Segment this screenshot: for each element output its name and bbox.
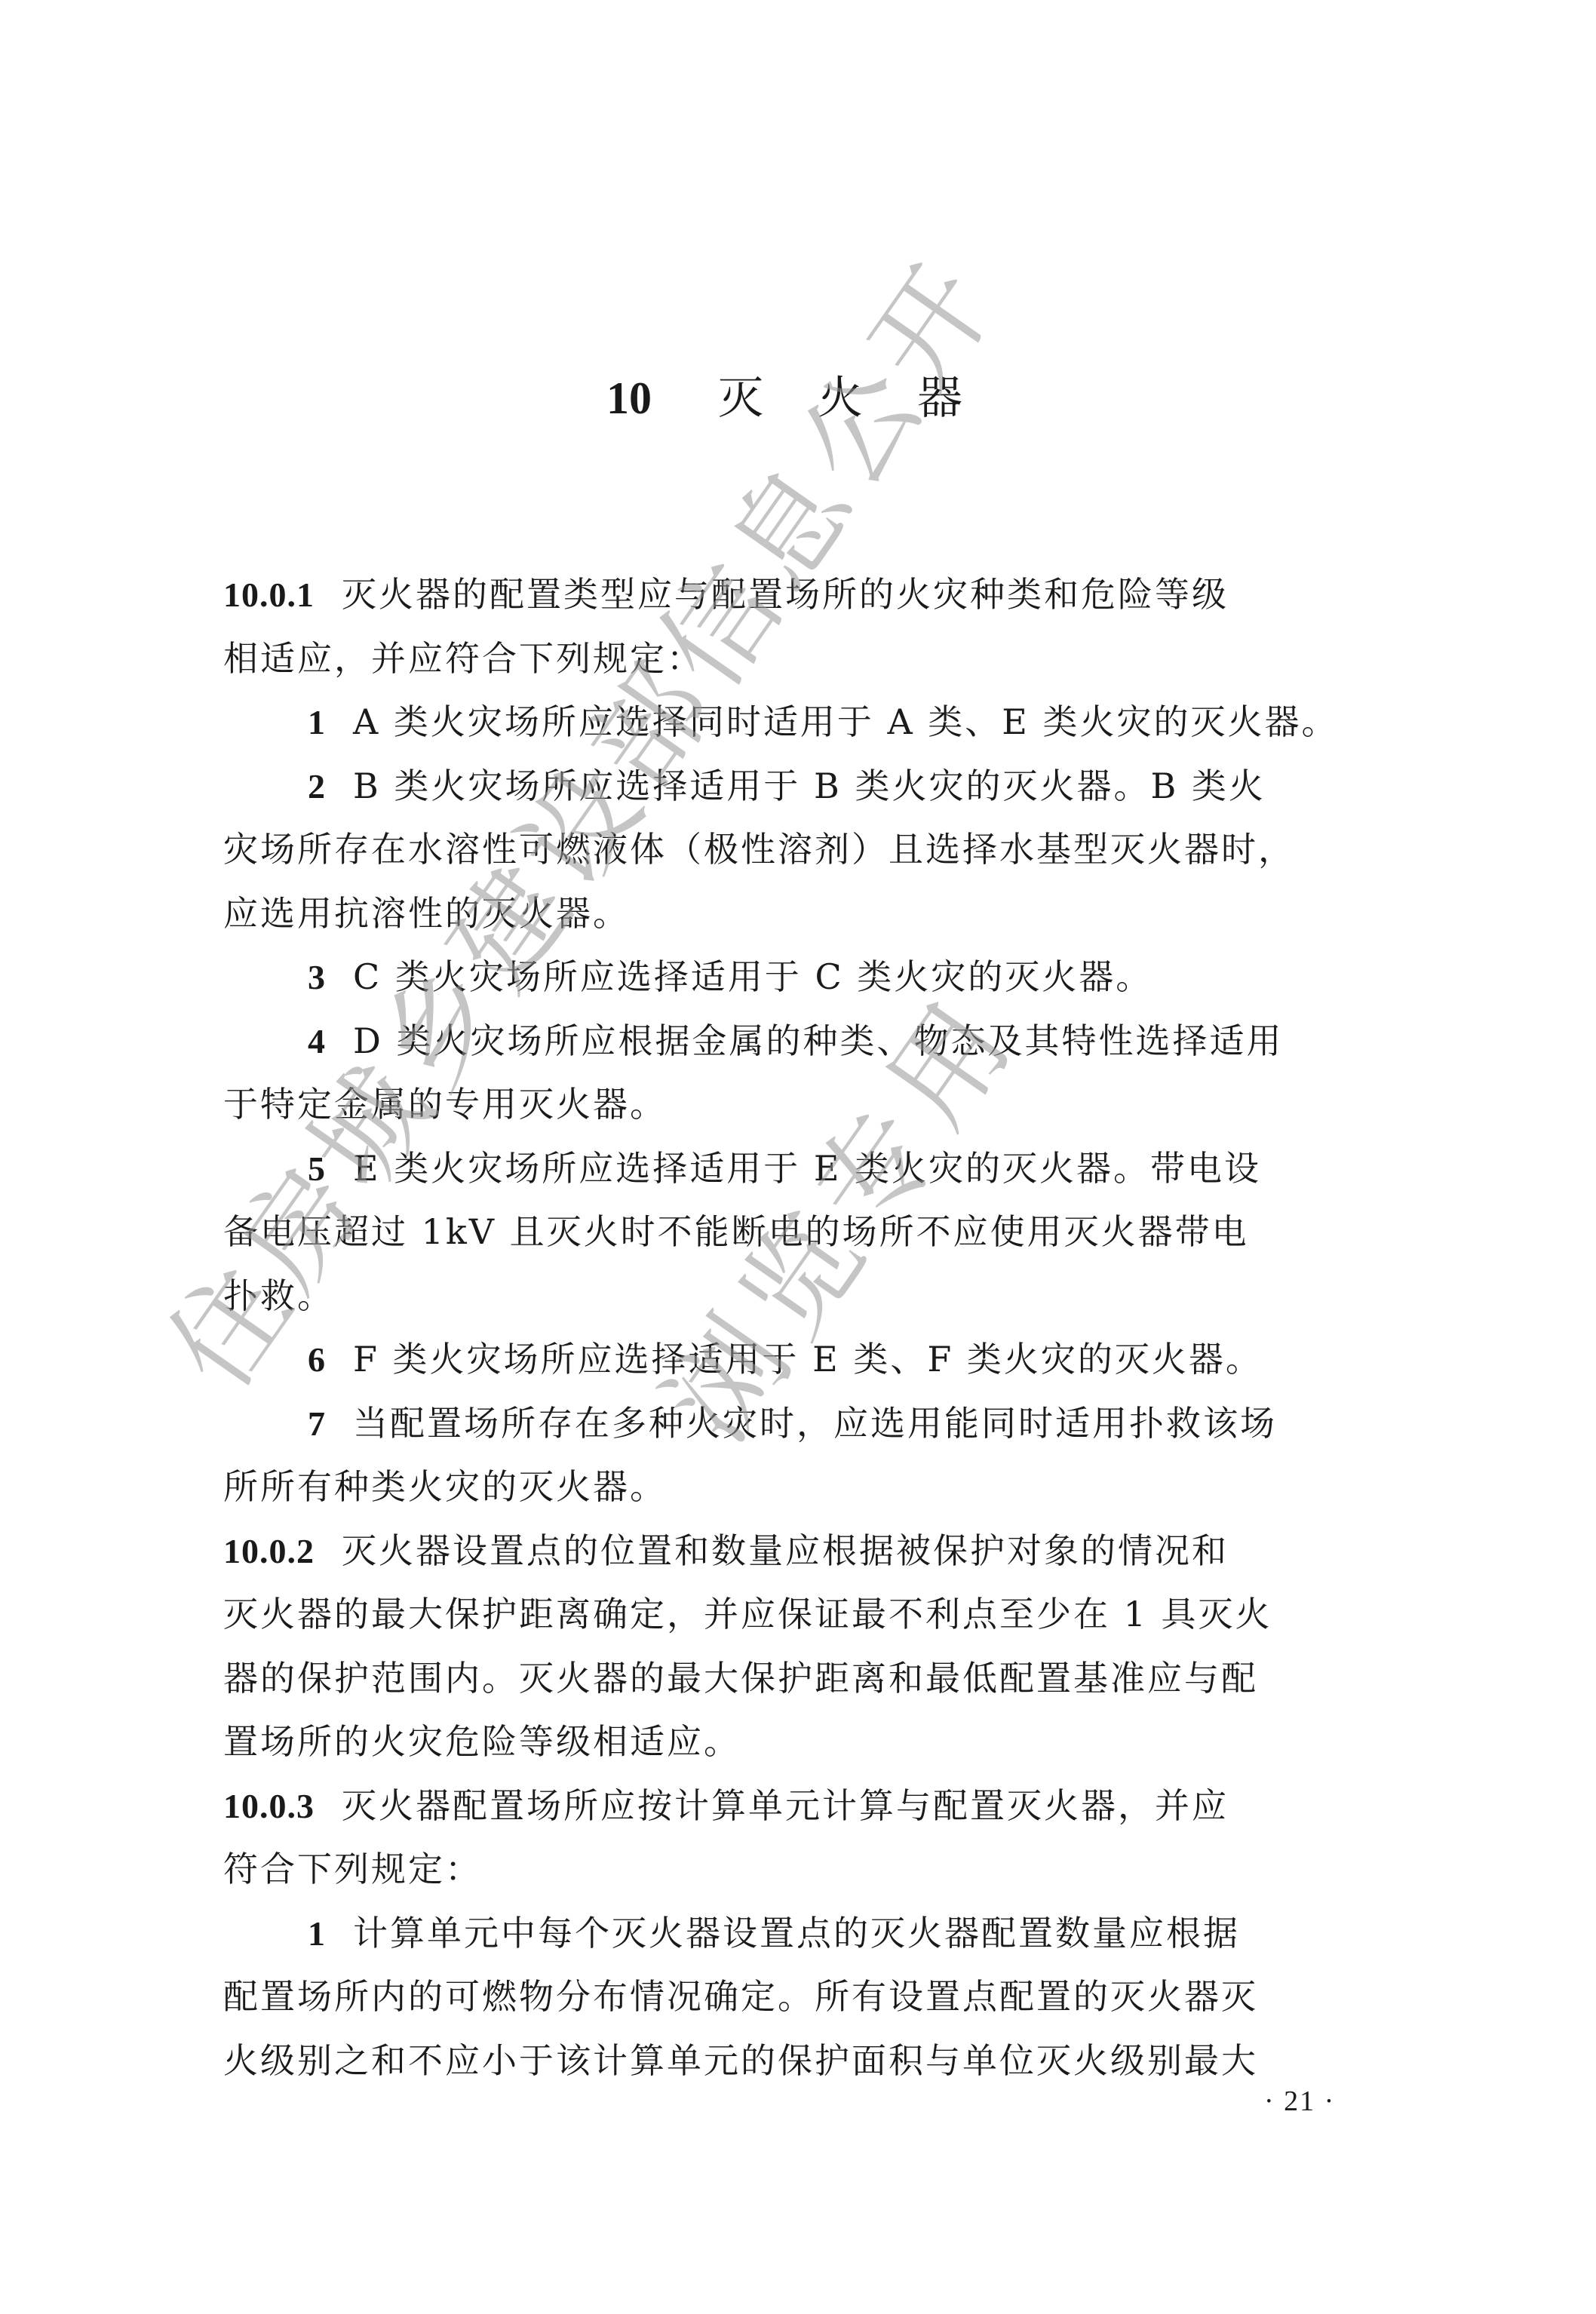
clause-10-0-2-line: 10.0.2灭火器设置点的位置和数量应根据被保护对象的情况和 (223, 1519, 1400, 1583)
item-number: 4 (308, 1022, 327, 1060)
item-number: 2 (308, 767, 327, 806)
clause-10-0-1-line: 10.0.1灭火器的配置类型应与配置场所的火灾种类和危险等级 (223, 563, 1400, 627)
text-line: 符合下列规定： (223, 1837, 1400, 1901)
item-text: A 类火灾场所应选择同时适用于 A 类、E 类火灾的灭火器。 (353, 701, 1339, 742)
text-line: 灭火器的最大保护距离确定，并应保证最不利点至少在 1 具灭火 (223, 1582, 1400, 1646)
chapter-title-char: 火 (818, 361, 863, 436)
item-line: 5E 类火灾场所应选择适用于 E 类火灾的灭火器。带电设 (223, 1137, 1400, 1201)
item-line: 4D 类火灾场所应根据金属的种类、物态及其特性选择适用 (223, 1009, 1400, 1073)
text-line: 备电压超过 1kV 且灭火时不能断电的场所不应使用灭火器带电 (223, 1200, 1400, 1264)
text-line: 于特定金属的专用灭火器。 (223, 1073, 1400, 1137)
item-number: 3 (308, 958, 327, 996)
item-text: E 类火灾场所应选择适用于 E 类火灾的灭火器。带电设 (353, 1148, 1261, 1189)
page-number: · 21 · (1264, 2079, 1335, 2124)
item-text: 计算单元中每个灭火器设置点的灭火器配置数量应根据 (353, 1913, 1240, 1953)
text-line: 置场所的火灾危险等级相适应。 (223, 1710, 1400, 1774)
clause-text: 灭火器的配置类型应与配置场所的火灾种类和危险等级 (342, 574, 1229, 615)
item-number: 1 (308, 1914, 327, 1953)
text-line: 配置场所内的可燃物分布情况确定。所有设置点配置的灭火器灭 (223, 1965, 1400, 2029)
clause-text: 灭火器设置点的位置和数量应根据被保护对象的情况和 (342, 1530, 1229, 1571)
text-line: 所所有种类火灾的灭火器。 (223, 1455, 1400, 1519)
item-number: 6 (308, 1340, 327, 1379)
clause-number: 10.0.1 (223, 575, 315, 614)
item-line: 6F 类火灾场所应选择适用于 E 类、F 类火灾的灭火器。 (223, 1327, 1400, 1392)
clause-number: 10.0.2 (223, 1532, 315, 1570)
document-page: 10灭火器 10.0.1灭火器的配置类型应与配置场所的火灾种类和危险等级 相适应… (0, 0, 1596, 2314)
chapter-title: 10灭火器 (0, 361, 1596, 436)
chapter-title-char: 器 (917, 361, 962, 436)
item-number: 5 (308, 1149, 327, 1188)
item-line: 1A 类火灾场所应选择同时适用于 A 类、E 类火灾的灭火器。 (223, 690, 1400, 754)
clause-number: 10.0.3 (223, 1787, 315, 1825)
body-text: 10.0.1灭火器的配置类型应与配置场所的火灾种类和危险等级 相适应，并应符合下… (223, 563, 1400, 2092)
item-text: C 类火灾场所应选择适用于 C 类火灾的灭火器。 (353, 956, 1152, 997)
item-line: 2B 类火灾场所应选择适用于 B 类火灾的灭火器。B 类火 (223, 754, 1400, 818)
text-line: 扑救。 (223, 1264, 1400, 1328)
chapter-number: 10 (606, 373, 652, 423)
text-line: 灾场所存在水溶性可燃液体（极性溶剂）且选择水基型灭火器时， (223, 818, 1400, 882)
item-text: D 类火灾场所应根据金属的种类、物态及其特性选择适用 (353, 1020, 1284, 1061)
chapter-title-char: 灭 (718, 361, 763, 436)
item-text: B 类火灾场所应选择适用于 B 类火灾的灭火器。B 类火 (353, 766, 1266, 806)
item-line: 7当配置场所存在多种火灾时，应选用能同时适用扑救该场 (223, 1392, 1400, 1456)
clause-10-0-3-line: 10.0.3灭火器配置场所应按计算单元计算与配置灭火器，并应 (223, 1774, 1400, 1838)
item-text: F 类火灾场所应选择适用于 E 类、F 类火灾的灭火器。 (353, 1339, 1263, 1379)
item-line: 1计算单元中每个灭火器设置点的灭火器配置数量应根据 (223, 1901, 1400, 1966)
item-line: 3C 类火灾场所应选择适用于 C 类火灾的灭火器。 (223, 945, 1400, 1009)
text-line: 应选用抗溶性的灭火器。 (223, 882, 1400, 946)
item-text: 当配置场所存在多种火灾时，应选用能同时适用扑救该场 (353, 1403, 1277, 1444)
item-number: 7 (308, 1404, 327, 1443)
item-number: 1 (308, 703, 327, 741)
text-line: 相适应，并应符合下列规定： (223, 627, 1400, 691)
text-line: 器的保护范围内。灭火器的最大保护距离和最低配置基准应与配 (223, 1646, 1400, 1711)
clause-text: 灭火器配置场所应按计算单元计算与配置灭火器，并应 (342, 1785, 1229, 1826)
text-line: 火级别之和不应小于该计算单元的保护面积与单位灭火级别最大 (223, 2029, 1400, 2093)
